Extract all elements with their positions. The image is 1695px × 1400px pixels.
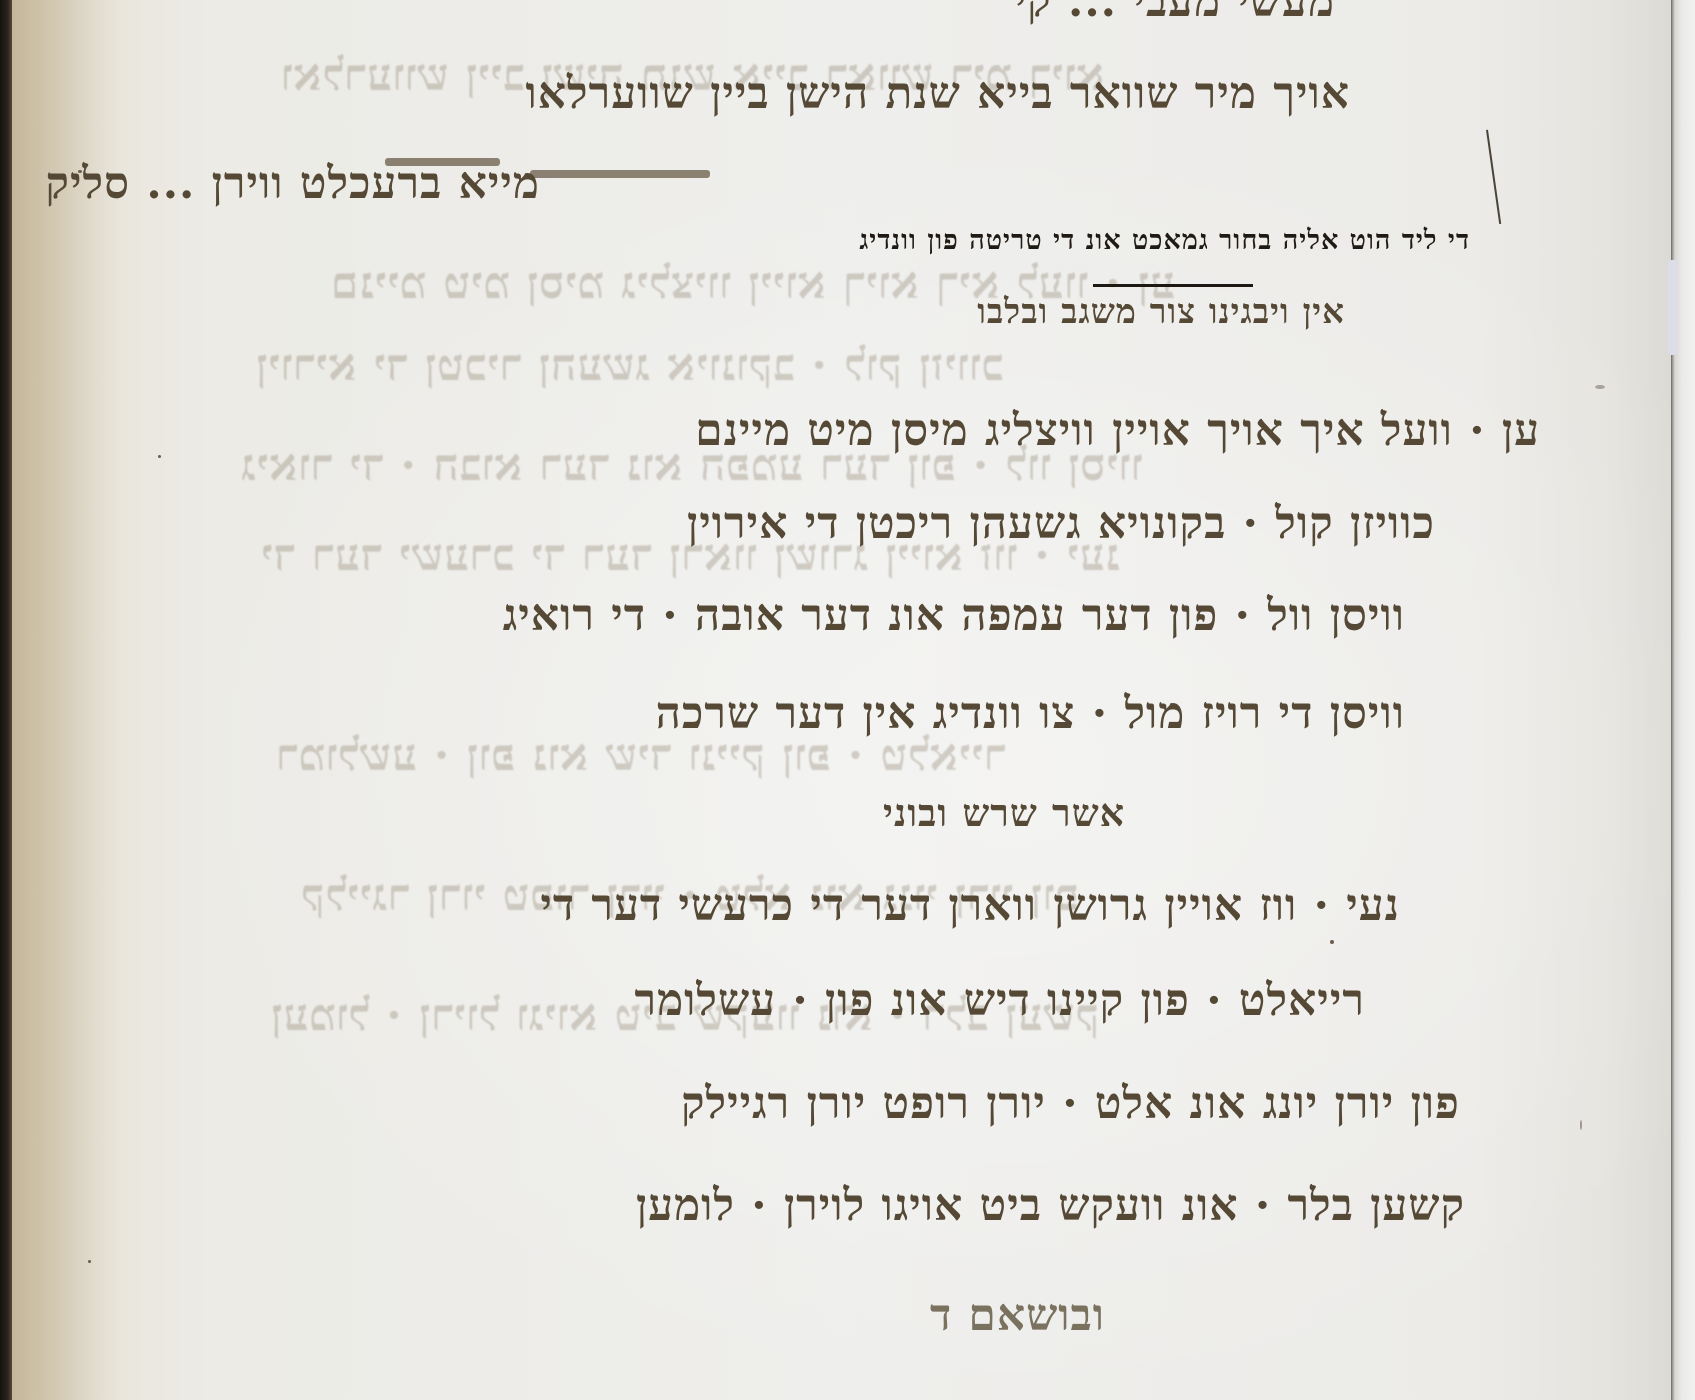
- paper-speck: [1595, 385, 1605, 389]
- manuscript-line-10: נעי · ווז אויין גרושן ווארן דער די כרעשי…: [540, 880, 1400, 931]
- manuscript-line-14: ובושאם ד: [930, 1290, 1105, 1341]
- paper-speck: [158, 455, 161, 458]
- page-edge-tab: [1668, 260, 1678, 355]
- manuscript-line-11: רייאלט · פון קיינו דיש אונ פון · עשלומר: [634, 975, 1365, 1026]
- manuscript-line-2: מייא ברעכלט ווירן ... סליק: [45, 158, 540, 209]
- paper-speck: [1330, 940, 1334, 944]
- paper-speck: [88, 1260, 91, 1263]
- manuscript-line-13: קשען בלר · אונ וועקש ביט אויגו לוירן · ל…: [636, 1180, 1465, 1231]
- gloss-line-attribution: די ליד הוט אליה בחור גמאכט אונ די טריטה …: [859, 225, 1470, 256]
- manuscript-line-7: וויסן וול · פון דער עמפה אונ דער אובה · …: [503, 590, 1405, 641]
- manuscript-line-6: כוויזן קול · בקונויא גשעהן ריכטן די אירו…: [687, 498, 1435, 549]
- manuscript-line-4: אין ויבגינו צור משגב ובלבו: [977, 292, 1345, 332]
- paper-speck: [1580, 1120, 1582, 1130]
- manuscript-line-12: פון יורן יונג אונ אלט · יורן רופט יורן ר…: [681, 1078, 1460, 1129]
- manuscript-line-8: וויסן די רויז מול · צו וונדיג אין דער שר…: [656, 688, 1405, 739]
- overline-stroke: [530, 170, 710, 178]
- page-right-edge: [1671, 0, 1695, 1400]
- underline-stroke: [1093, 284, 1253, 287]
- gutter-shadow: [12, 0, 122, 1400]
- manuscript-line-9: אשר שרש ובוני: [883, 790, 1125, 836]
- manuscript-line-0: מעשי מעבי ... קי: [1015, 0, 1335, 27]
- manuscript-scan: אויך מיר שוואר בייא שנת הישן ביין שווערל…: [0, 0, 1695, 1400]
- manuscript-line-5: ען · וועל איך אויך אויין וויצליג מיסן מי…: [695, 405, 1540, 456]
- show-through-line: כוויזן קול · בקונויא גשעהן ריכטן די אירו…: [255, 340, 1003, 391]
- paper-speck: [78, 170, 82, 173]
- manuscript-line-1: אויך מיר שוואר בייא שנת הישן ביין שווערל…: [526, 68, 1350, 119]
